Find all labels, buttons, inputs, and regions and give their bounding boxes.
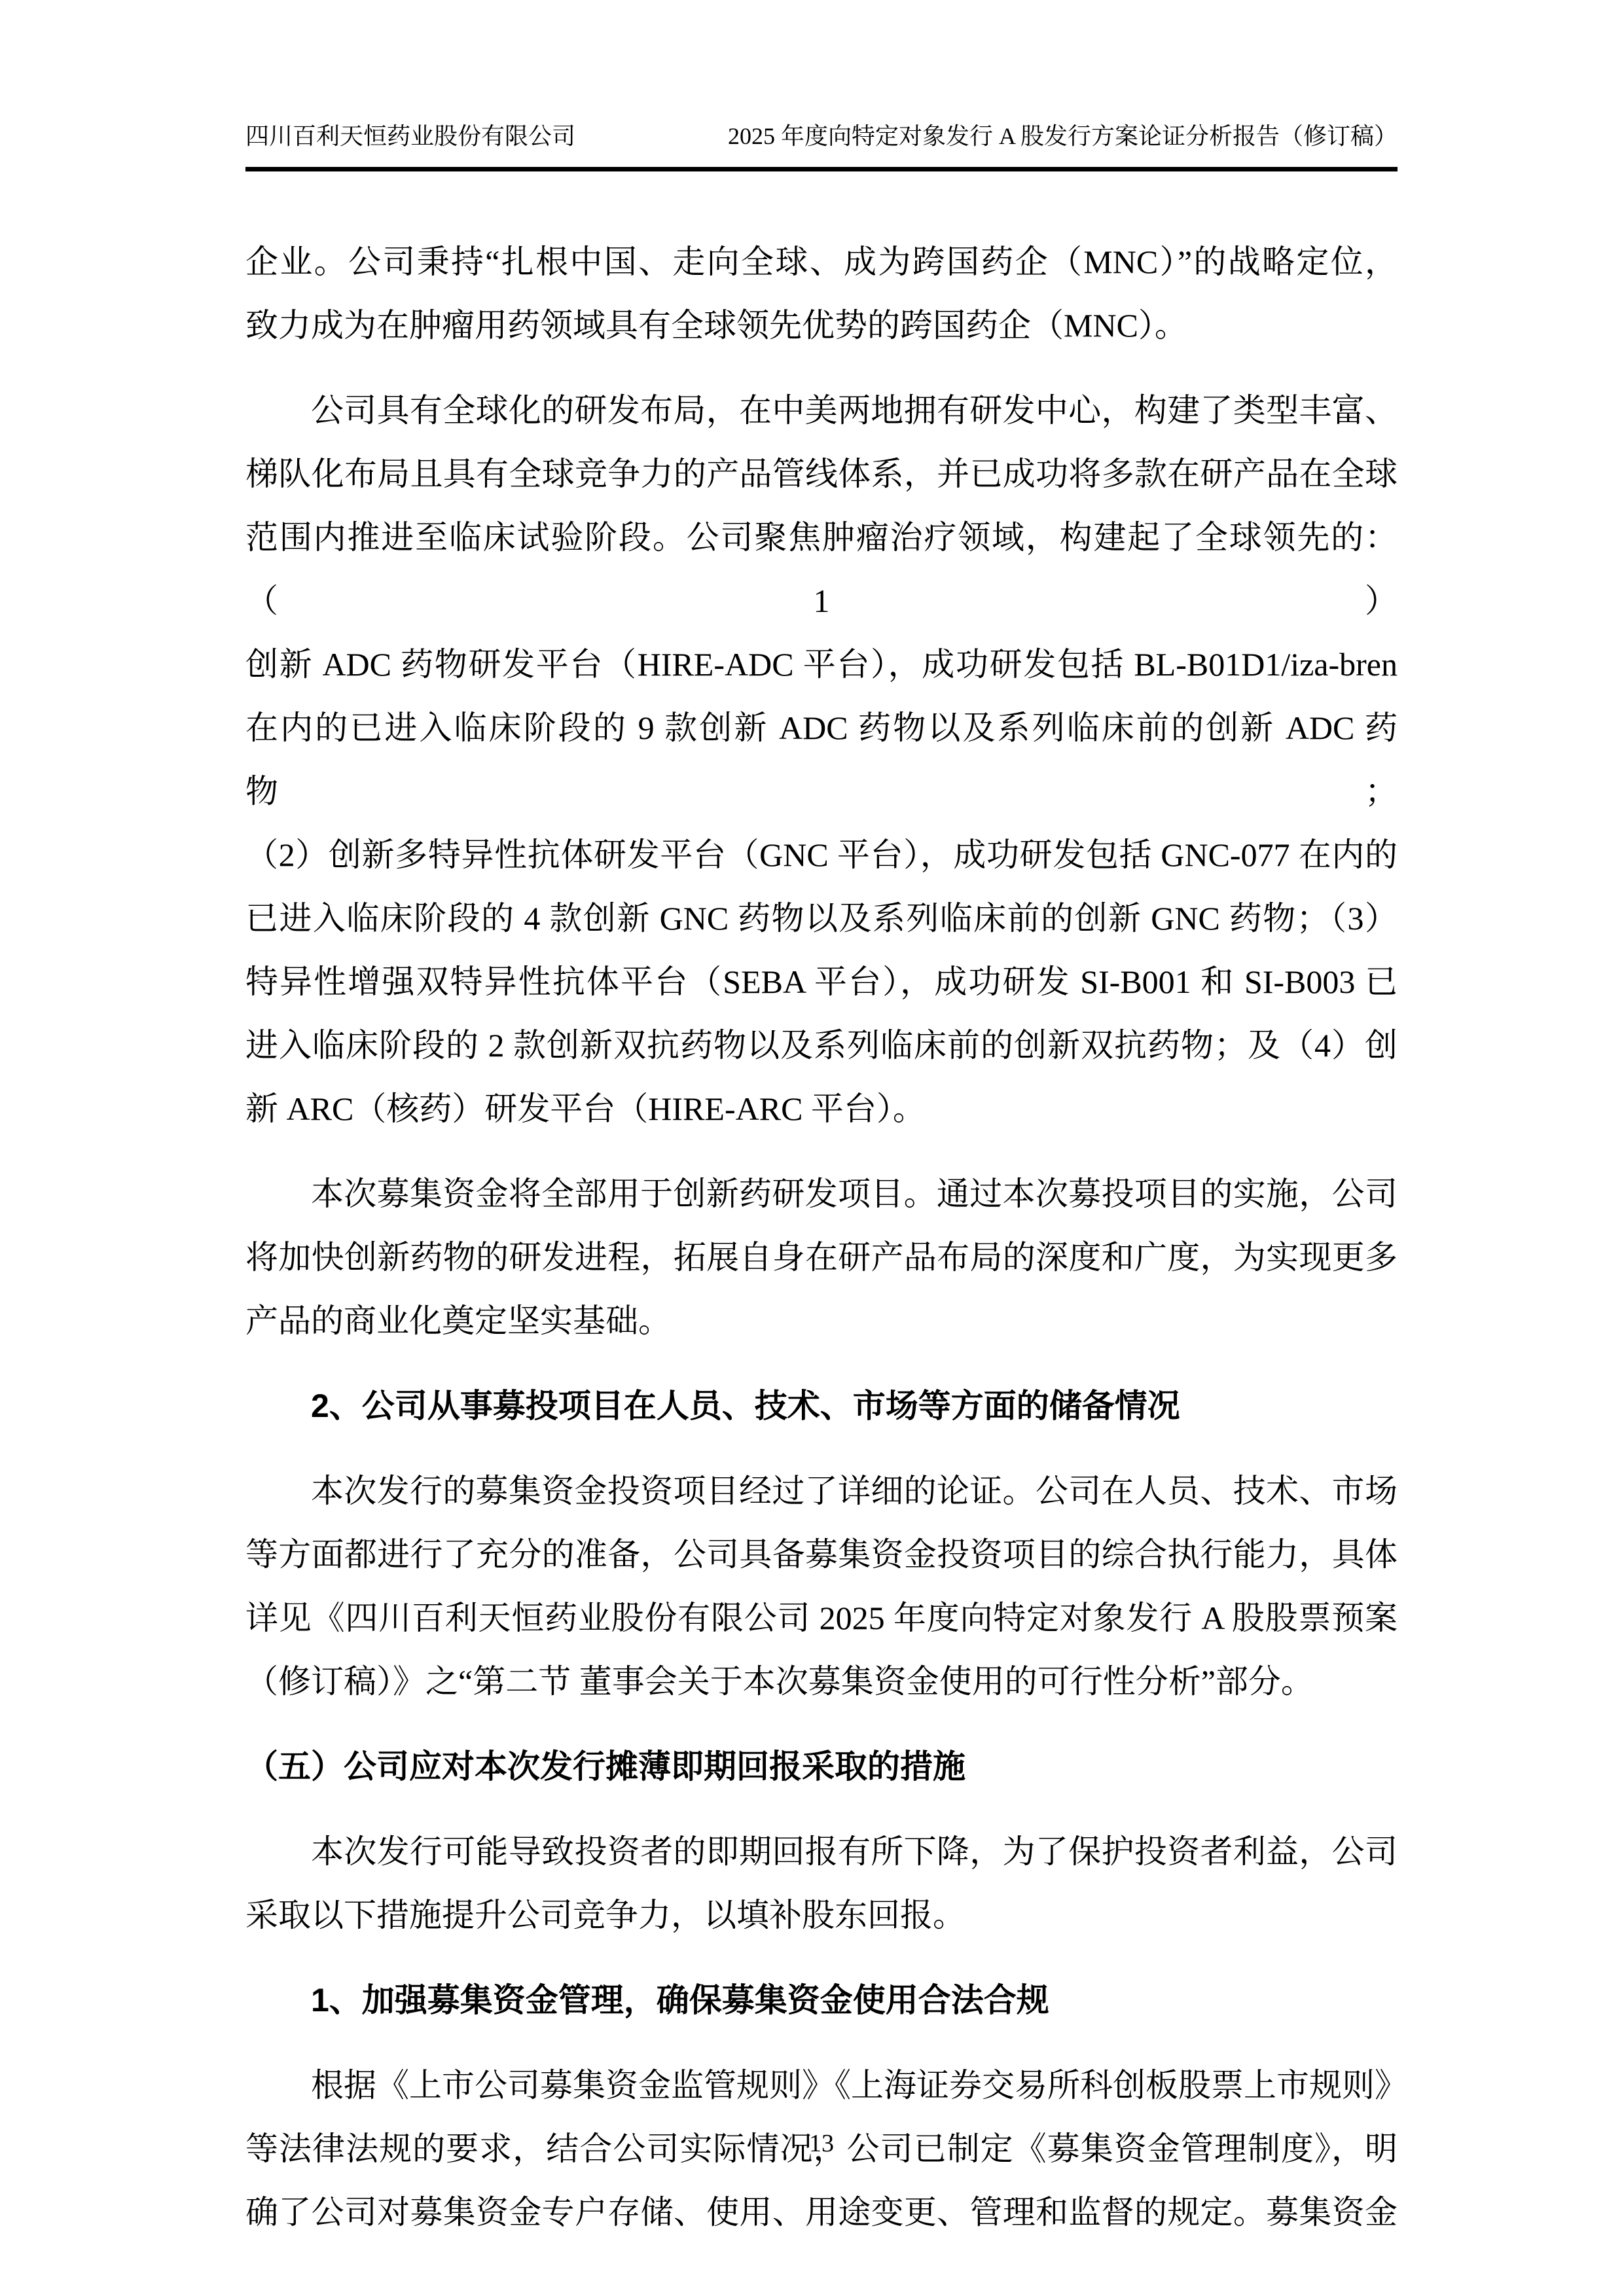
body-line: 在内的已进入临床阶段的 9 款创新 ADC 药物以及系列临床前的创新 ADC 药… (245, 696, 1398, 823)
body-line: 根据《上市公司募集资金监管规则》《上海证券交易所科创板股票上市规则》 (245, 2054, 1398, 2117)
paragraph: 本次发行可能导致投资者的即期回报有所下降，为了保护投资者利益，公司 采取以下措施… (245, 1820, 1398, 1947)
subsection-heading-2: 2、公司从事募投项目在人员、技术、市场等方面的储备情况 (245, 1374, 1398, 1438)
body-line: 进入临床阶段的 2 款创新双抗药物以及系列临床前的创新双抗药物；及（4）创 (245, 1014, 1398, 1077)
body-line: 等方面都进行了充分的准备，公司具备募集资金投资项目的综合执行能力，具体 (245, 1523, 1398, 1587)
paragraph: 本次发行的募集资金投资项目经过了详细的论证。公司在人员、技术、市场 等方面都进行… (245, 1460, 1398, 1713)
body-line: 本次募集资金将全部用于创新药研发项目。通过本次募投项目的实施，公司 (245, 1162, 1398, 1226)
body-line: 确了公司对募集资金专户存储、使用、用途变更、管理和监督的规定。募集资金 (245, 2181, 1398, 2244)
body-line: 已进入临床阶段的 4 款创新 GNC 药物以及系列临床前的创新 GNC 药物；（… (245, 887, 1398, 950)
body-line: 产品的商业化奠定坚实基础。 (245, 1289, 1398, 1353)
body-line: 本次发行可能导致投资者的即期回报有所下降，为了保护投资者利益，公司 (245, 1820, 1398, 1884)
body-line: 范围内推进至临床试验阶段。公司聚焦肿瘤治疗领域，构建起了全球领先的：（1） (245, 506, 1398, 633)
body-line: 梯队化布局且具有全球竞争力的产品管线体系，并已成功将多款在研产品在全球 (245, 442, 1398, 506)
page-footer: 13 (245, 2128, 1398, 2159)
header-report-title: 2025 年度向特定对象发行 A 股发行方案论证分析报告（修订稿） (728, 121, 1398, 151)
body-line: 企业。公司秉持“扎根中国、走向全球、成为跨国药企（MNC）”的战略定位， (245, 230, 1398, 294)
body-line: 公司具有全球化的研发布局，在中美两地拥有研发中心，构建了类型丰富、 (245, 379, 1398, 442)
paragraph-continuation: 企业。公司秉持“扎根中国、走向全球、成为跨国药企（MNC）”的战略定位， 致力成… (245, 230, 1398, 357)
body-line: （修订稿）》之“第二节 董事会关于本次募集资金使用的可行性分析”部分。 (245, 1650, 1398, 1713)
body-line: （2）创新多特异性抗体研发平台（GNC 平台），成功研发包括 GNC-077 在… (245, 823, 1398, 887)
section-heading-five: （五）公司应对本次发行摊薄即期回报采取的措施 (245, 1735, 1398, 1799)
body-line: 创新 ADC 药物研发平台（HIRE-ADC 平台），成功研发包括 BL-B01… (245, 633, 1398, 696)
paragraph: 公司具有全球化的研发布局，在中美两地拥有研发中心，构建了类型丰富、 梯队化布局且… (245, 379, 1398, 1141)
page-number: 13 (809, 2130, 834, 2157)
subsection-heading-1: 1、加强募集资金管理，确保募集资金使用合法合规 (245, 1969, 1398, 2032)
page-header: 四川百利天恒药业股份有限公司 2025 年度向特定对象发行 A 股发行方案论证分… (245, 0, 1398, 171)
paragraph: 本次募集资金将全部用于创新药研发项目。通过本次募投项目的实施，公司 将加快创新药… (245, 1162, 1398, 1353)
body-line: 特异性增强双特异性抗体平台（SEBA 平台），成功研发 SI-B001 和 SI… (245, 950, 1398, 1014)
body-line: 本次发行的募集资金投资项目经过了详细的论证。公司在人员、技术、市场 (245, 1460, 1398, 1523)
body-line: 新 ARC（核药）研发平台（HIRE-ARC 平台）。 (245, 1077, 1398, 1141)
body-line: 详见《四川百利天恒药业股份有限公司 2025 年度向特定对象发行 A 股股票预案 (245, 1587, 1398, 1650)
document-page: 四川百利天恒药业股份有限公司 2025 年度向特定对象发行 A 股发行方案论证分… (0, 0, 1624, 2296)
body-line: 采取以下措施提升公司竞争力，以填补股东回报。 (245, 1884, 1398, 1947)
document-body: 企业。公司秉持“扎根中国、走向全球、成为跨国药企（MNC）”的战略定位， 致力成… (245, 230, 1398, 2244)
header-company-name: 四川百利天恒药业股份有限公司 (245, 121, 575, 151)
body-line: 将加快创新药物的研发进程，拓展自身在研产品布局的深度和广度，为实现更多 (245, 1226, 1398, 1289)
body-line: 致力成为在肿瘤用药领域具有全球领先优势的跨国药企（MNC）。 (245, 294, 1398, 357)
